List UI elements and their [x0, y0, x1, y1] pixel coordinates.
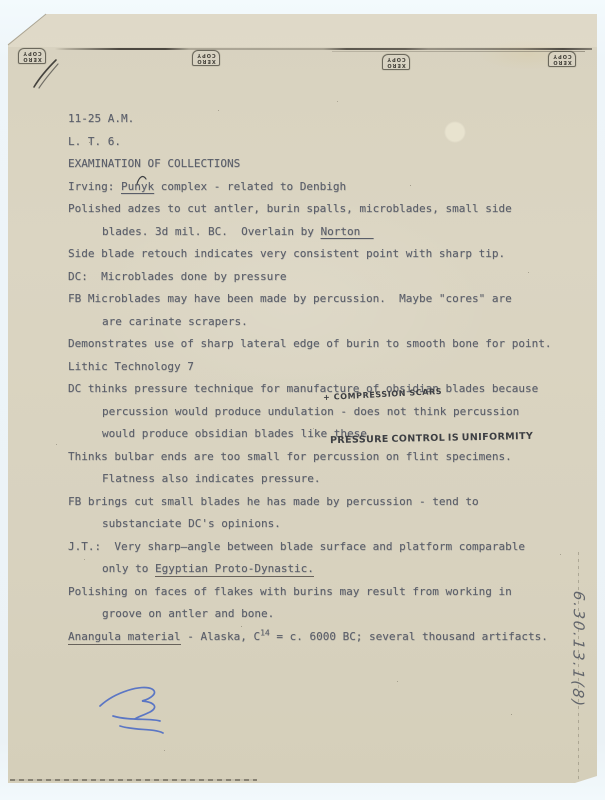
text-segment: would produce obsidian blades like these: [102, 427, 367, 440]
underlined-text: Norton: [321, 225, 374, 238]
typed-line: Polishing on faces of flakes with burins…: [68, 581, 578, 604]
text-segment: blades. 3d mil. BC. Overlain by: [102, 225, 321, 238]
typed-line: only to Egyptian Proto-Dynastic.: [68, 558, 578, 581]
text-segment: Polishing on faces of flakes with burins…: [68, 585, 512, 598]
text-segment: DC thinks pressure technique for manufac…: [68, 382, 538, 395]
underlined-text: Punyk: [121, 180, 154, 193]
typed-line: Thinks bulbar ends are too small for per…: [68, 446, 578, 469]
text-segment: 11-25 A.M.: [68, 112, 134, 125]
text-segment: FB Microblades may have been made by per…: [68, 292, 512, 305]
stamp-text-xero: XERO: [19, 56, 45, 62]
stamp-text-xero: XERO: [383, 62, 409, 68]
xero-copy-stamp: XERO COPY: [192, 50, 220, 66]
text-segment: Demonstrates use of sharp lateral edge o…: [68, 337, 551, 350]
text-segment: percussion would produce undulation - do…: [102, 405, 519, 418]
paper-edge-shadow-secondary: [332, 51, 585, 52]
typed-line: Demonstrates use of sharp lateral edge o…: [68, 333, 578, 356]
typed-line: DC: Microblades done by pressure: [68, 266, 578, 289]
stamp-text-copy: COPY: [193, 52, 219, 58]
document-page: XERO COPY XERO COPY XERO COPY XERO COPY …: [8, 14, 597, 783]
catalog-number-note: 6.30.13.1(8): [569, 590, 588, 762]
stamp-text-copy: COPY: [549, 53, 575, 59]
typed-line: 11-25 A.M.: [68, 108, 578, 131]
text-segment: - Alaska, C: [181, 630, 260, 643]
paper-edge-shadow: [8, 48, 592, 50]
text-segment: L. T. 6.: [68, 135, 121, 148]
text-segment: FB brings cut small blades he has made b…: [68, 495, 479, 508]
xero-copy-stamp: XERO COPY: [18, 48, 46, 64]
text-segment: groove on antler and bone.: [102, 607, 274, 620]
typed-line: FB Microblades may have been made by per…: [68, 288, 578, 311]
xero-copy-stamp: XERO COPY: [548, 51, 576, 67]
paper-bottom-edge-shadow: [10, 779, 257, 781]
text-segment: Lithic Technology 7: [68, 360, 194, 373]
typed-line: groove on antler and bone.: [68, 603, 578, 626]
typed-line: Polished adzes to cut antler, burin spal…: [68, 198, 578, 221]
typed-line: Flatness also indicates pressure.: [68, 468, 578, 491]
text-segment: J.T.: Very sharp—angle between blade sur…: [68, 540, 525, 553]
stamp-text-copy: COPY: [19, 50, 45, 56]
stamp-text-xero: XERO: [549, 59, 575, 65]
underlined-text: Anangula material: [68, 630, 181, 645]
typed-line: blades. 3d mil. BC. Overlain by Norton: [68, 221, 578, 244]
typed-line: Side blade retouch indicates very consis…: [68, 243, 578, 266]
text-segment: are carinate scrapers.: [102, 315, 248, 328]
typed-line: percussion would produce undulation - do…: [68, 401, 578, 424]
text-segment: only to: [102, 562, 155, 575]
typed-line: Lithic Technology 7: [68, 356, 578, 379]
text-segment: 14: [260, 628, 270, 637]
paper-speckles: [8, 14, 9, 15]
typed-line: Irving: Punyk complex - related to Denbi…: [68, 176, 578, 199]
xero-copy-stamp: XERO COPY: [382, 54, 410, 70]
text-segment: Thinks bulbar ends are too small for per…: [68, 450, 512, 463]
typed-line: are carinate scrapers.: [68, 311, 578, 334]
typed-line: L. T. 6.: [68, 131, 578, 154]
text-segment: Side blade retouch indicates very consis…: [68, 247, 505, 260]
scan-background: { "stamp": { "line1": "XERO", "line2": "…: [0, 0, 605, 800]
stamp-text-copy: COPY: [383, 56, 409, 62]
typed-line: substanciate DC's opinions.: [68, 513, 578, 536]
typed-line: J.T.: Very sharp—angle between blade sur…: [68, 536, 578, 559]
text-segment: Flatness also indicates pressure.: [102, 472, 321, 485]
text-segment: Irving:: [68, 180, 121, 193]
text-segment: DC: Microblades done by pressure: [68, 270, 287, 283]
text-segment: Polished adzes to cut antler, burin spal…: [68, 202, 512, 215]
text-segment: EXAMINATION OF COLLECTIONS: [68, 157, 240, 170]
stamp-text-xero: XERO: [193, 58, 219, 64]
typed-text: 11-25 A.M.L. T. 6.EXAMINATION OF COLLECT…: [68, 108, 578, 648]
underlined-text: Egyptian Proto-Dynastic.: [155, 562, 314, 577]
paper-top-strip: [8, 14, 597, 47]
typed-line: FB brings cut small blades he has made b…: [68, 491, 578, 514]
typed-line: EXAMINATION OF COLLECTIONS: [68, 153, 578, 176]
text-segment: complex - related to Denbigh: [154, 180, 346, 193]
text-segment: substanciate DC's opinions.: [102, 517, 281, 530]
typed-line: Anangula material - Alaska, C14 = c. 600…: [68, 626, 578, 649]
text-segment: = c. 6000 BC; several thousand artifacts…: [270, 630, 548, 643]
